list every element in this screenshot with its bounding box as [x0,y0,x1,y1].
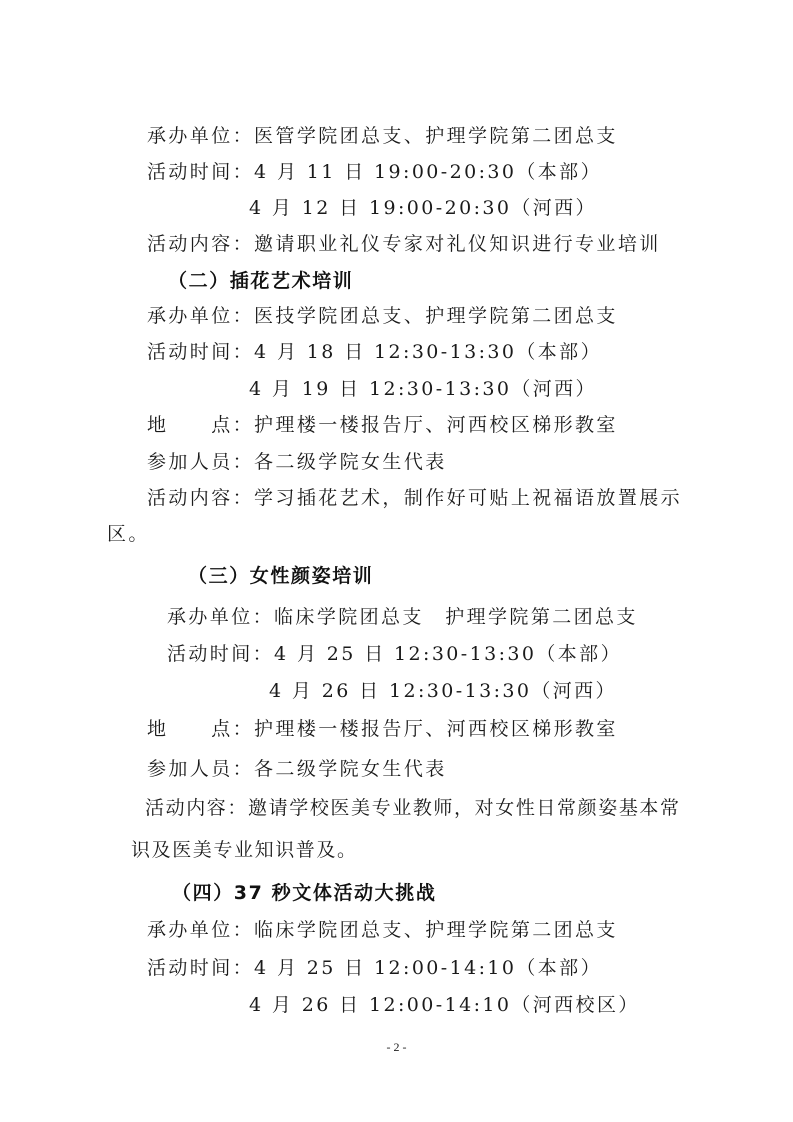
field-value: 4 月 12 日 19:00-20:30（河西） [249,197,597,219]
organizer-line: 承办单位：临床学院团总支、护理学院第二团总支 [147,918,618,942]
page-number: - 2 - [0,1040,793,1054]
field-value: 医管学院团总支、护理学院第二团总支 [254,125,618,147]
field-value: 邀请学校医美专业教师，对女性日常颜姿基本常 [248,797,681,819]
field-value: 4 月 25 日 12:30-13:30（本部） [274,643,622,665]
field-label: 活动内容： [147,487,254,509]
participants-line: 参加人员：各二级学院女生代表 [147,757,447,781]
field-value: 4 月 26 日 12:30-13:30（河西） [269,680,617,702]
field-value: 学习插花艺术，制作好可贴上祝福语放置展示 [254,487,682,509]
time-line-continued: 4 月 26 日 12:00-14:10（河西校区） [249,993,640,1017]
field-label: 活动时间： [167,643,274,665]
field-label: 活动时间： [147,161,254,183]
field-label: 活动内容： [145,797,248,819]
content-line: 活动内容：邀请学校医美专业教师，对女性日常颜姿基本常 [145,796,681,820]
organizer-line: 承办单位：临床学院团总支 护理学院第二团总支 [167,605,638,629]
field-label: 地 点： [147,414,254,436]
section-heading: （三）女性颜姿培训 [188,564,373,588]
organizer-line: 承办单位：医技学院团总支、护理学院第二团总支 [147,304,618,328]
field-label: 承办单位： [147,305,254,327]
field-value: 医技学院团总支、护理学院第二团总支 [254,305,618,327]
location-line: 地 点：护理楼一楼报告厅、河西校区梯形教室 [147,413,618,437]
content-line-continued: 识及医美专业知识普及。 [131,838,358,862]
field-label: 承办单位： [147,919,254,941]
field-value: 护理楼一楼报告厅、河西校区梯形教室 [254,414,618,436]
field-value: 护理楼一楼报告厅、河西校区梯形教室 [254,718,618,740]
time-line: 活动时间：4 月 25 日 12:30-13:30（本部） [167,642,622,666]
organizer-line: 承办单位：医管学院团总支、护理学院第二团总支 [147,124,618,148]
field-label: 参加人员： [147,451,254,473]
time-line: 活动时间：4 月 18 日 12:30-13:30（本部） [147,340,602,364]
content-line: 活动内容：学习插花艺术，制作好可贴上祝福语放置展示 [147,486,682,510]
field-value: 邀请职业礼仪专家对礼仪知识进行专业培训 [254,233,661,255]
field-value: 识及医美专业知识普及。 [131,839,358,861]
section-heading: （二）插花艺术培训 [168,269,353,293]
field-value: 临床学院团总支 护理学院第二团总支 [274,606,638,628]
field-label: 活动内容： [147,233,254,255]
section-heading: （四）37 秒文体活动大挑战 [172,881,436,905]
field-label: 承办单位： [167,606,274,628]
location-line: 地 点：护理楼一楼报告厅、河西校区梯形教室 [147,717,618,741]
participants-line: 参加人员：各二级学院女生代表 [147,450,447,474]
content-line-continued: 区。 [107,522,150,546]
field-label: 活动时间： [147,341,254,363]
content-line: 活动内容：邀请职业礼仪专家对礼仪知识进行专业培训 [147,232,661,256]
field-value: 4 月 19 日 12:30-13:30（河西） [249,378,597,400]
time-line-continued: 4 月 12 日 19:00-20:30（河西） [249,196,597,220]
field-value: 临床学院团总支、护理学院第二团总支 [254,919,618,941]
field-value: 区。 [107,523,150,545]
field-label: 承办单位： [147,125,254,147]
time-line: 活动时间：4 月 11 日 19:00-20:30（本部） [147,160,602,184]
time-line-continued: 4 月 26 日 12:30-13:30（河西） [269,679,617,703]
field-value: 各二级学院女生代表 [254,758,447,780]
time-line: 活动时间：4 月 25 日 12:00-14:10（本部） [147,956,602,980]
field-value: 4 月 25 日 12:00-14:10（本部） [254,957,602,979]
time-line-continued: 4 月 19 日 12:30-13:30（河西） [249,377,597,401]
field-value: 各二级学院女生代表 [254,451,447,473]
field-value: 4 月 18 日 12:30-13:30（本部） [254,341,602,363]
field-value: 4 月 11 日 19:00-20:30（本部） [254,161,602,183]
field-value: 4 月 26 日 12:00-14:10（河西校区） [249,994,640,1016]
field-label: 地 点： [147,718,254,740]
field-label: 参加人员： [147,758,254,780]
field-label: 活动时间： [147,957,254,979]
